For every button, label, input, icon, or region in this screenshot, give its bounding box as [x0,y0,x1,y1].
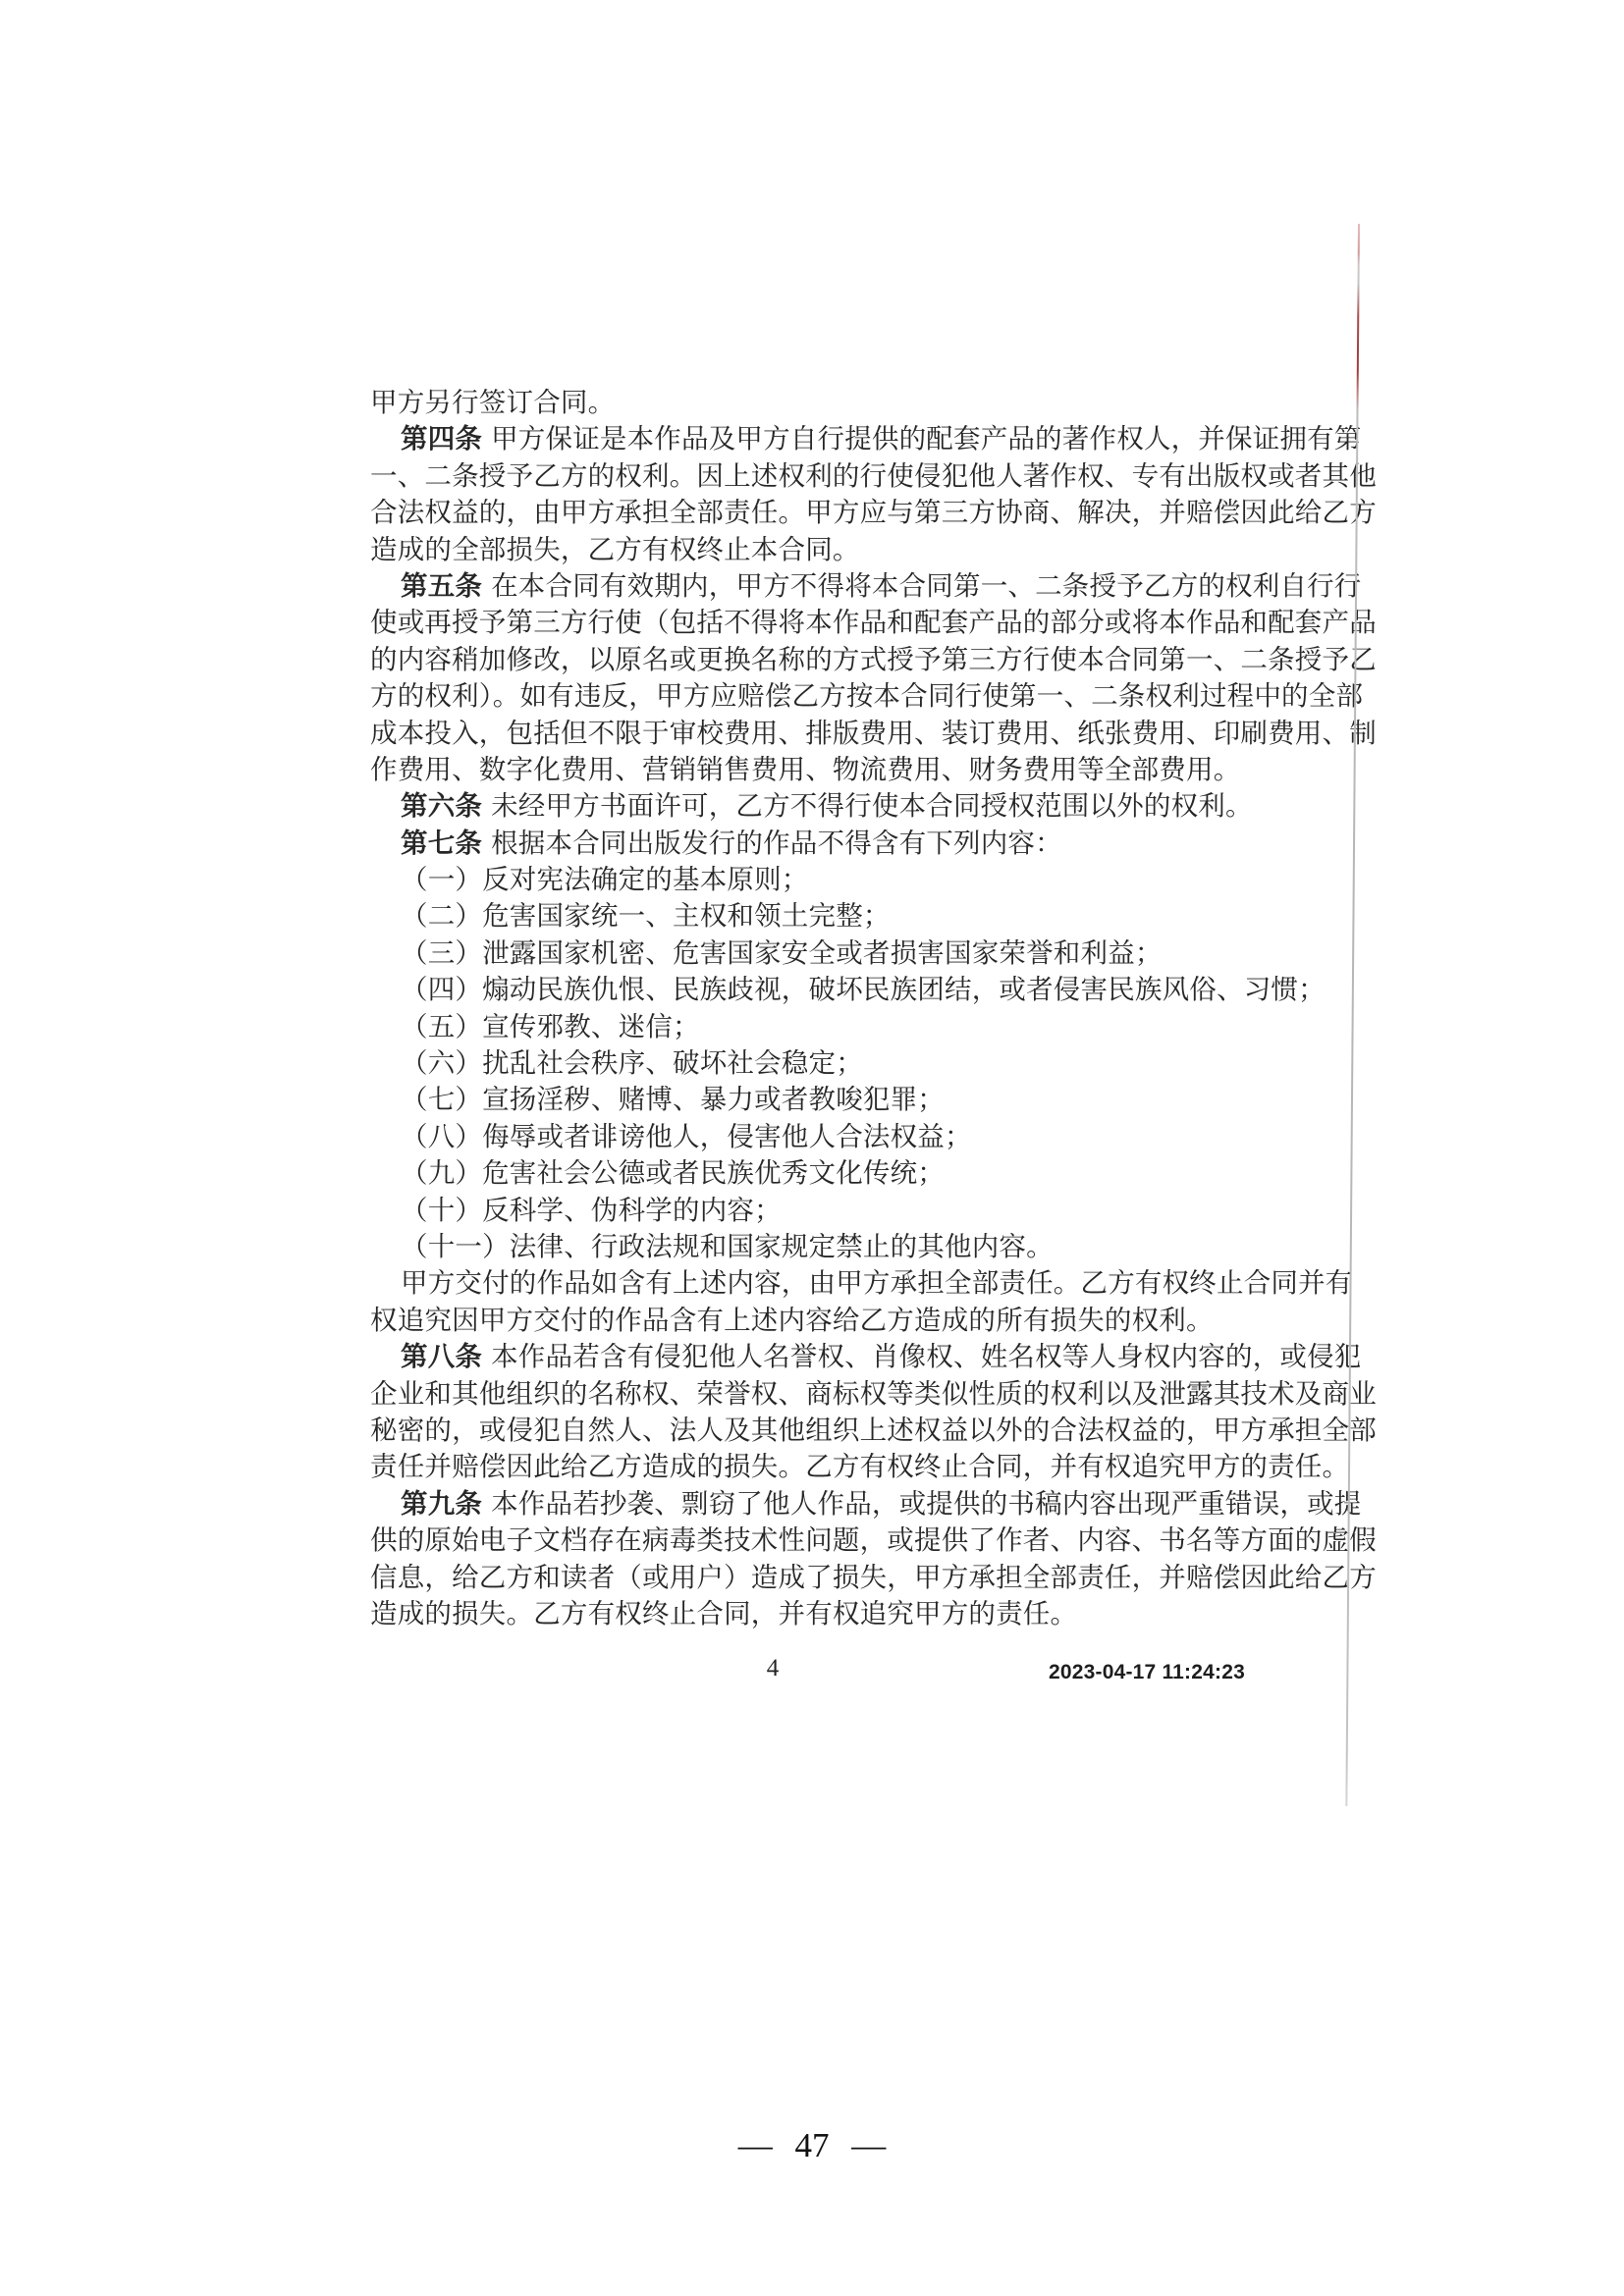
text-line: （四）煽动民族仇恨、民族歧视，破坏民族团结，或者侵害民族风俗、习惯； [370,971,1156,1007]
text-line: 企业和其他组织的名称权、荣誉权、商标权等类似性质的权利以及泄露其技术及商业 [370,1375,1156,1412]
text-line: （一）反对宪法确定的基本原则； [370,861,1156,897]
text-line: 责任并赔偿因此给乙方造成的损失。乙方有权终止合同，并有权追究甲方的责任。 [370,1448,1156,1484]
text-line: 第八条本作品若含有侵犯他人名誉权、肖像权、姓名权等人身权内容的，或侵犯 [370,1338,1156,1374]
text-line: 造成的全部损失，乙方有权终止本合同。 [370,531,1156,567]
text-line: 信息，给乙方和读者（或用户）造成了损失，甲方承担全部责任，并赔偿因此给乙方 [370,1559,1156,1595]
text-line: 成本投入，包括但不限于审校费用、排版费用、装订费用、纸张费用、印刷费用、制 [370,715,1156,751]
text-line: （九）危害社会公德或者民族优秀文化传统； [370,1154,1156,1191]
scanned-contract-page: 甲方另行签订合同。第四条甲方保证是本作品及甲方自行提供的配套产品的著作权人，并保… [0,0,1624,2296]
text-line: 使或再授予第三方行使（包括不得将本作品和配套产品的部分或将本作品和配套产品 [370,604,1156,640]
text-line: （十）反科学、伪科学的内容； [370,1192,1156,1228]
text-line: 第六条未经甲方书面许可，乙方不得行使本合同授权范围以外的权利。 [370,787,1156,824]
text-line: 秘密的，或侵犯自然人、法人及其他组织上述权益以外的合法权益的，甲方承担全部 [370,1412,1156,1448]
text-line: 造成的损失。乙方有权终止合同，并有权追究甲方的责任。 [370,1595,1156,1631]
text-line: 甲方另行签订合同。 [370,384,1156,420]
text-line: 一、二条授予乙方的权利。因上述权利的行使侵犯他人著作权、专有出版权或者其他 [370,457,1156,494]
text-line: （七）宣扬淫秽、赌博、暴力或者教唆犯罪； [370,1081,1156,1117]
text-line: 权追究因甲方交付的作品含有上述内容给乙方造成的所有损失的权利。 [370,1302,1156,1338]
text-line: 第七条根据本合同出版发行的作品不得含有下列内容： [370,825,1156,861]
clause-heading: 第四条 [401,423,482,454]
text-line: （六）扰乱社会秩序、破坏社会稳定； [370,1044,1156,1081]
text-line: （二）危害国家统一、主权和领土完整； [370,897,1156,934]
clause-heading: 第五条 [401,570,482,601]
text-line: （三）泄露国家机密、危害国家安全或者损害国家荣誉和利益； [370,934,1156,971]
clause-heading: 第九条 [401,1488,482,1519]
text-line: （五）宣传邪教、迷信； [370,1008,1156,1044]
clause-heading: 第八条 [401,1341,482,1371]
document-text: 甲方另行签订合同。第四条甲方保证是本作品及甲方自行提供的配套产品的著作权人，并保… [370,384,1156,1631]
clause-heading: 第七条 [401,828,482,858]
text-line: （十一）法律、行政法规和国家规定禁止的其他内容。 [370,1228,1156,1264]
text-line: 甲方交付的作品如含有上述内容，由甲方承担全部责任。乙方有权终止合同并有 [370,1264,1156,1301]
text-line: 供的原始电子文档存在病毒类技术性问题，或提供了作者、内容、书名等方面的虚假 [370,1522,1156,1558]
text-line: 第九条本作品若抄袭、剽窃了他人作品，或提供的书稿内容出现严重错误，或提 [370,1485,1156,1522]
text-line: 方的权利）。如有违反，甲方应赔偿乙方按本合同行使第一、二条权利过程中的全部 [370,677,1156,714]
clause-heading: 第六条 [401,790,482,821]
text-line: 第四条甲方保证是本作品及甲方自行提供的配套产品的著作权人，并保证拥有第 [370,420,1156,456]
text-line: （八）侮辱或者诽谤他人，侵害他人合法权益； [370,1118,1156,1154]
text-line: 第五条在本合同有效期内，甲方不得将本合同第一、二条授予乙方的权利自行行 [370,567,1156,604]
text-line: 的内容稍加修改，以原名或更换名称的方式授予第三方行使本合同第一、二条授予乙 [370,641,1156,677]
inner-page-number: 4 [699,1655,846,1682]
text-line: 合法权益的，由甲方承担全部责任。甲方应与第三方协商、解决，并赔偿因此给乙方 [370,494,1156,530]
text-line: 作费用、数字化费用、营销销售费用、物流费用、财务费用等全部费用。 [370,751,1156,787]
scan-timestamp: 2023-04-17 11:24:23 [1049,1661,1245,1684]
book-page-number: — 47 — [0,2126,1624,2165]
